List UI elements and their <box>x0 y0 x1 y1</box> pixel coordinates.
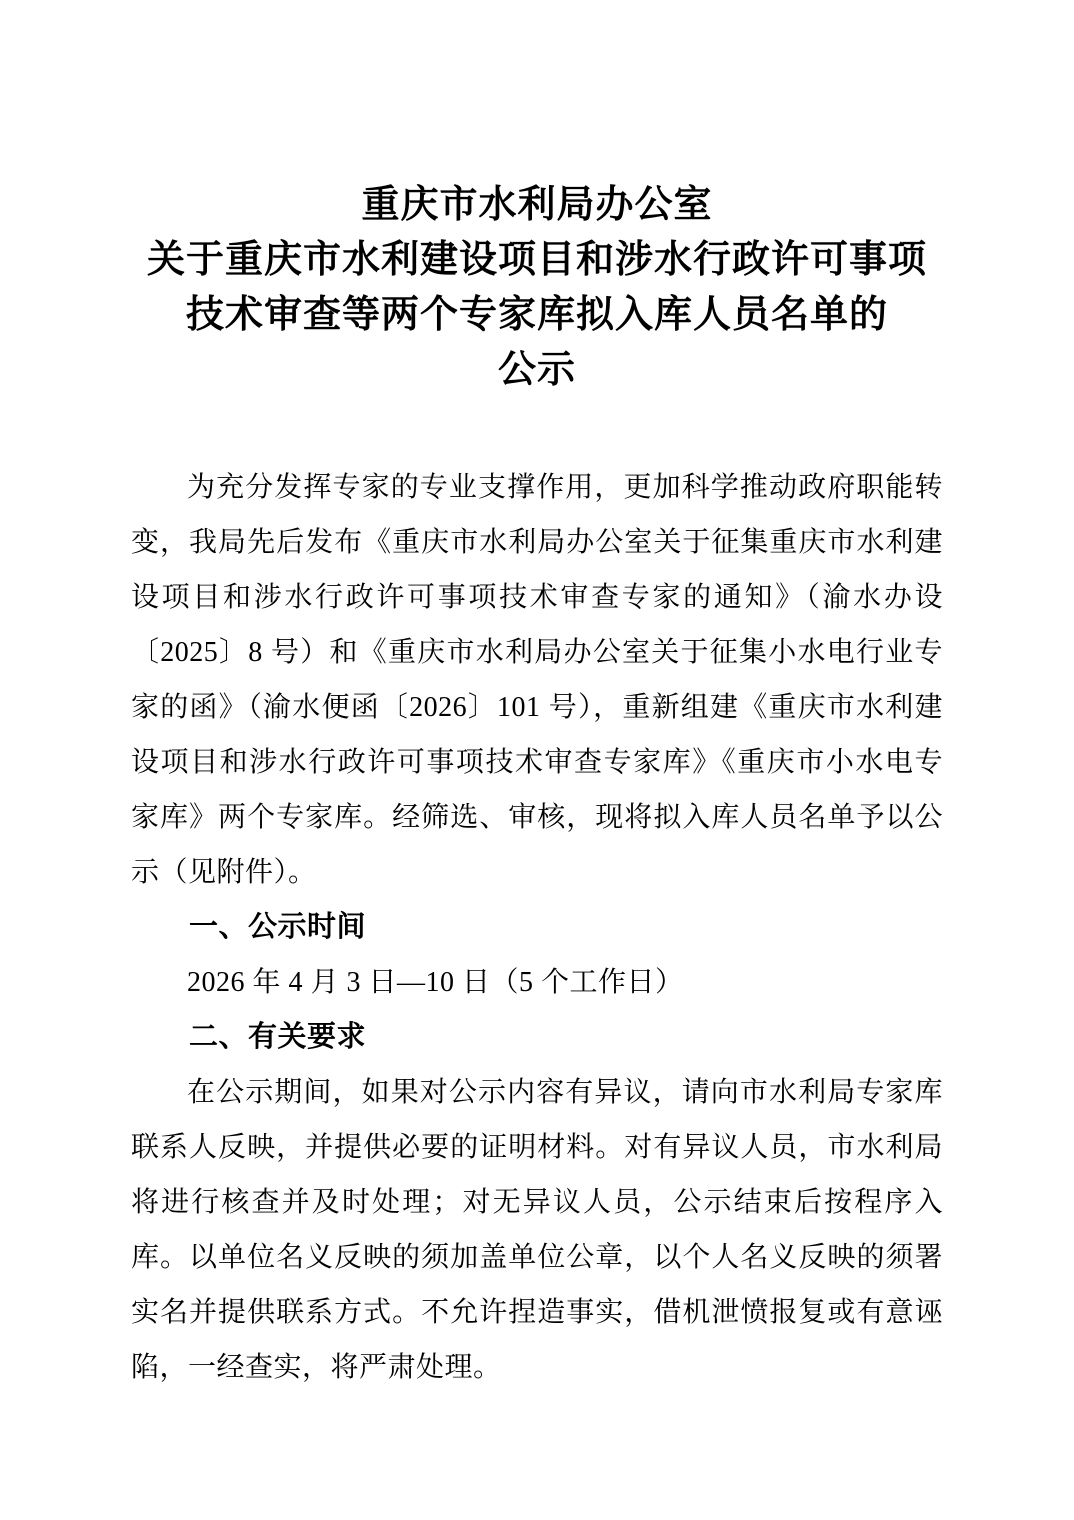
intro-paragraph: 为充分发挥专家的专业支撑作用，更加科学推动政府职能转变，我局先后发布《重庆市水利… <box>131 460 943 900</box>
section-1-heading: 一、公示时间 <box>131 900 943 955</box>
title-line-3: 技术审查等两个专家库拟入库人员名单的 <box>0 288 1074 343</box>
document-page: 重庆市水利局办公室 关于重庆市水利建设项目和涉水行政许可事项 技术审查等两个专家… <box>0 0 1074 1520</box>
section-2-paragraph: 在公示期间，如果对公示内容有异议，请向市水利局专家库联系人反映，并提供必要的证明… <box>131 1065 943 1395</box>
section-1-date: 2026 年 4 月 3 日—10 日（5 个工作日） <box>131 955 943 1010</box>
title-line-1: 重庆市水利局办公室 <box>0 178 1074 233</box>
title-line-2: 关于重庆市水利建设项目和涉水行政许可事项 <box>0 233 1074 288</box>
section-2-heading: 二、有关要求 <box>131 1010 943 1065</box>
document-body: 为充分发挥专家的专业支撑作用，更加科学推动政府职能转变，我局先后发布《重庆市水利… <box>131 460 943 1395</box>
title-line-4: 公示 <box>0 343 1074 398</box>
document-title: 重庆市水利局办公室 关于重庆市水利建设项目和涉水行政许可事项 技术审查等两个专家… <box>0 0 1074 398</box>
